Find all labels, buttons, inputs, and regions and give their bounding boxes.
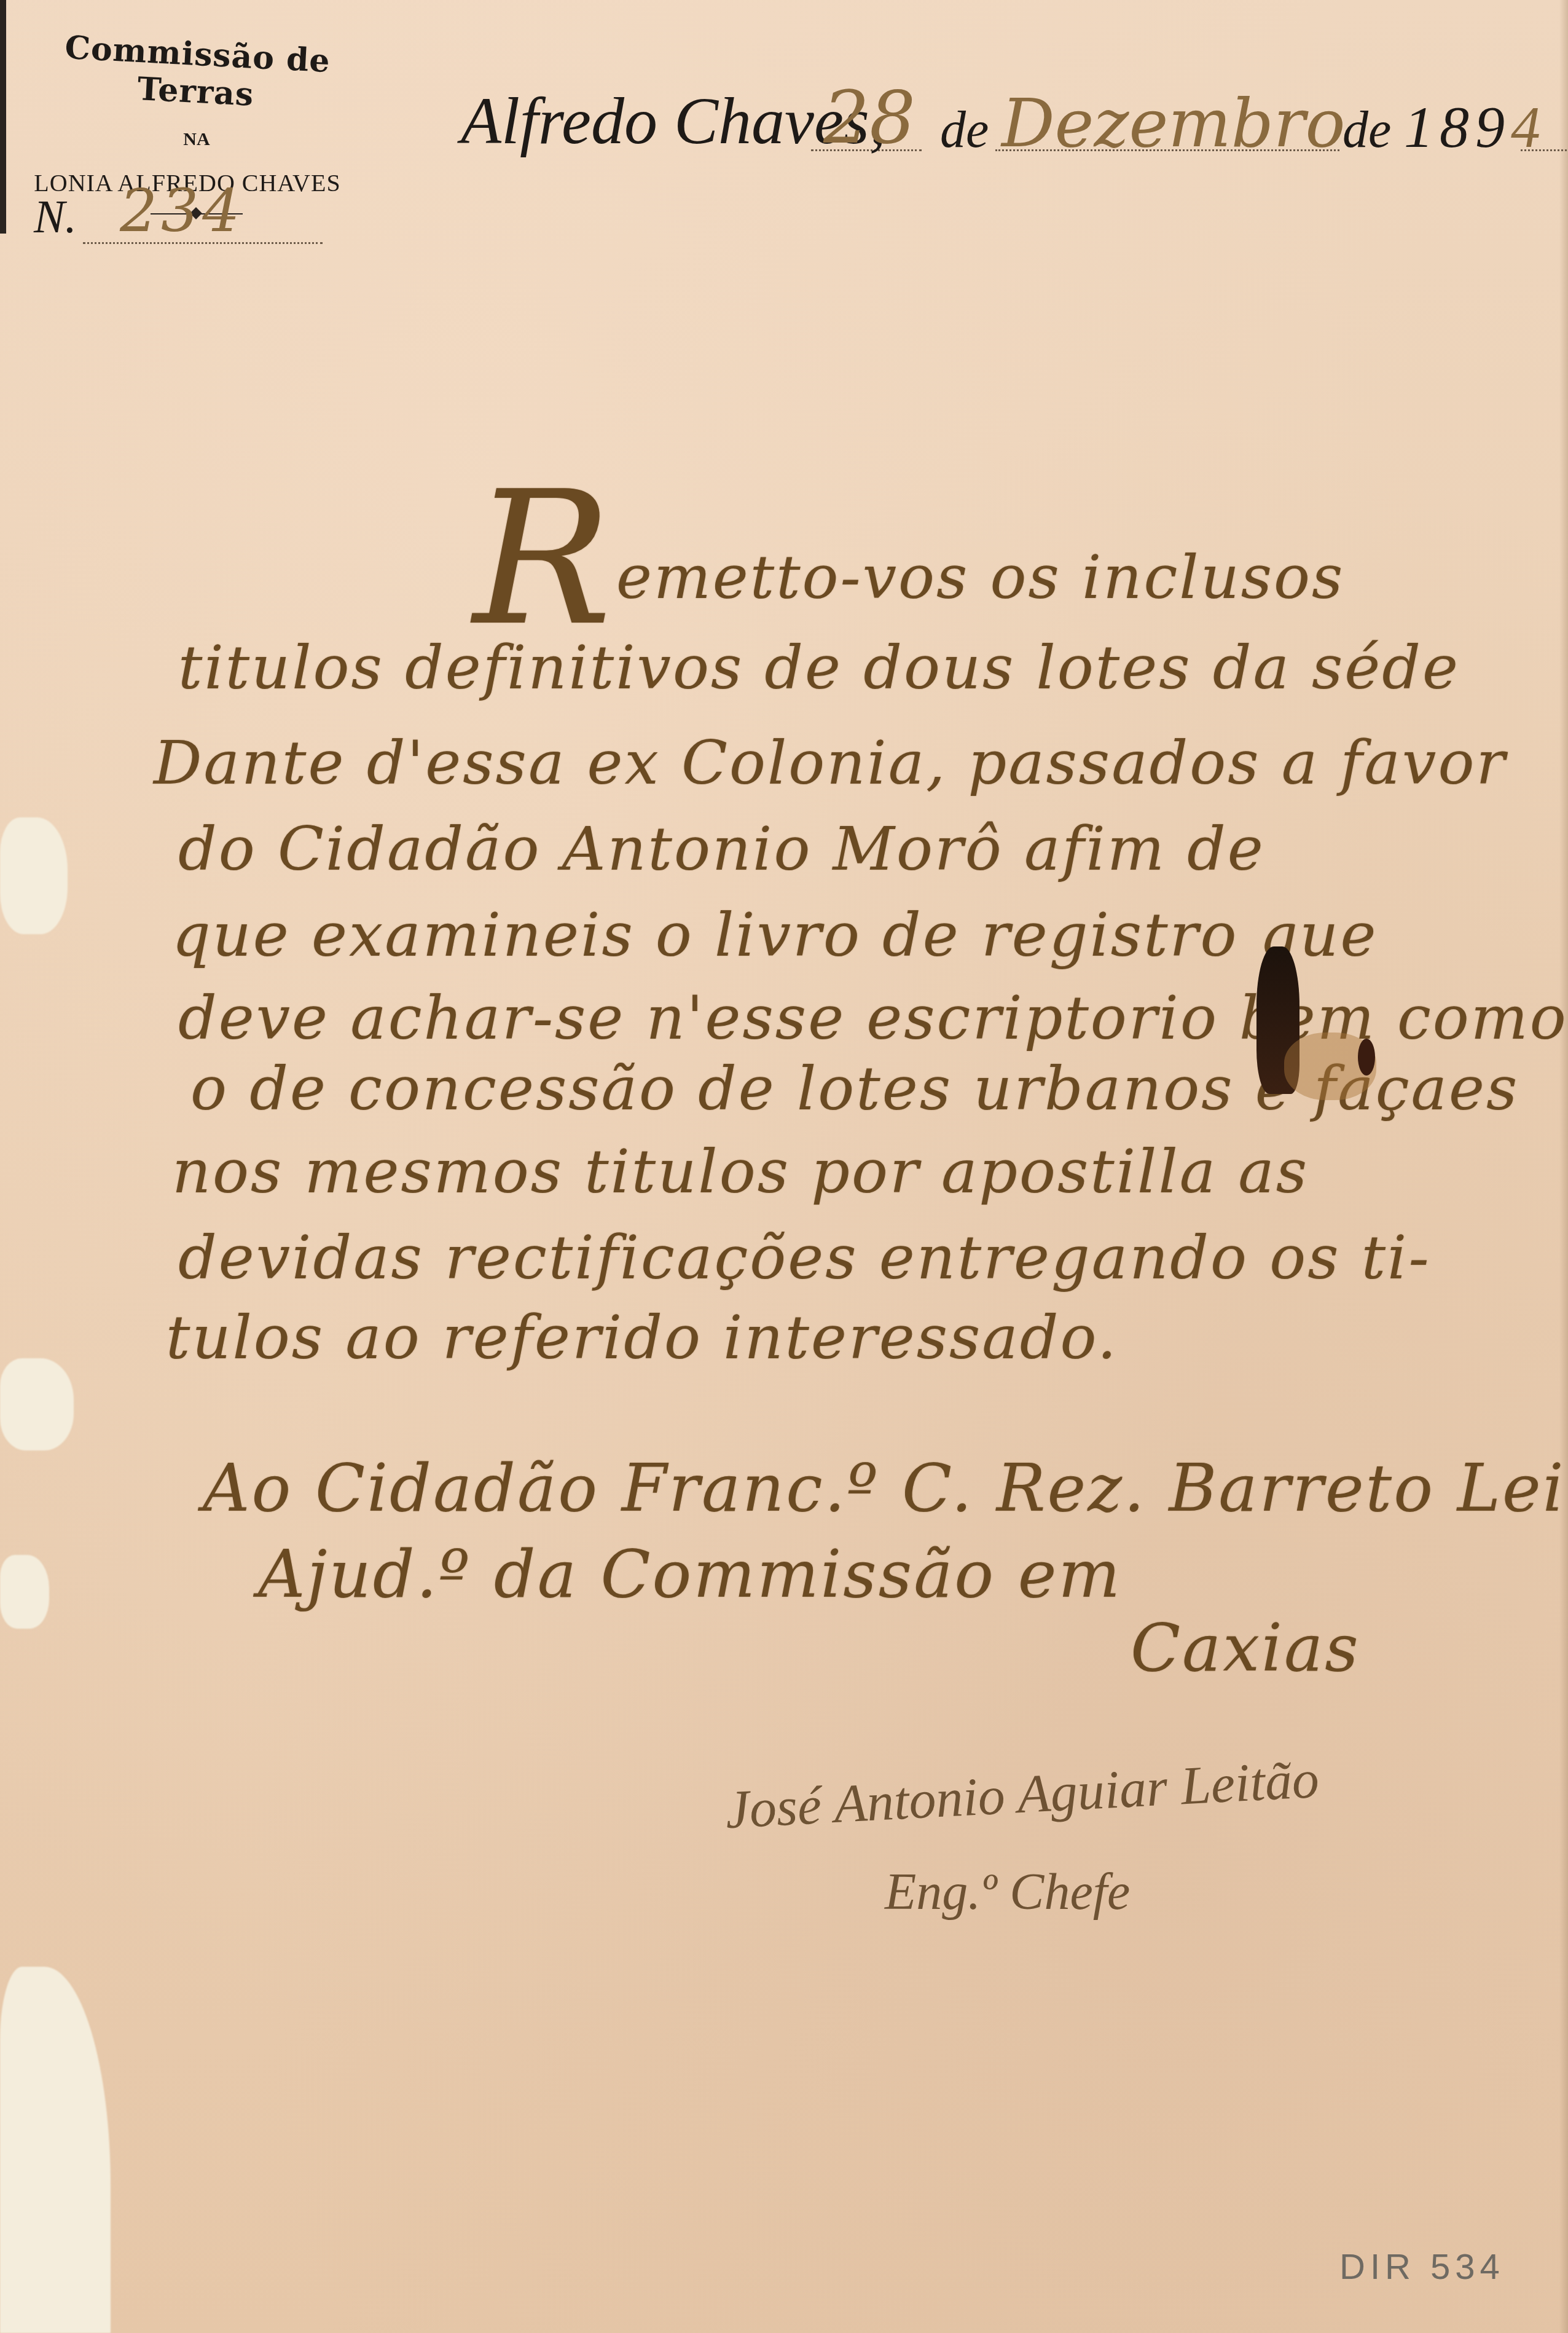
addressee-name: Ao Cidadão Franc.º C. Rez. Barreto Leite xyxy=(203,1450,1568,1526)
dateline: Alfredo Chaves, 28 de Dezembro de 1894 xyxy=(461,43,1499,166)
year-handwritten-digit: 4 xyxy=(1511,94,1546,160)
paper-damage-patch xyxy=(0,817,68,934)
dateline-place: Alfredo Chaves, xyxy=(461,84,886,160)
body-line: que examineis o livro de registro que xyxy=(172,900,1378,970)
paper-damage-patch xyxy=(0,1555,49,1629)
number-value: 234 xyxy=(120,176,243,245)
dateline-day: 28 xyxy=(823,75,915,160)
number-prefix: N. xyxy=(34,191,77,244)
scan-edge xyxy=(0,0,6,234)
dateline-de: de xyxy=(940,100,989,160)
dateline-month: Dezembro xyxy=(1002,85,1346,162)
paper-damage-patch xyxy=(0,1967,111,2333)
body-line: devidas rectificações entregando os ti- xyxy=(178,1223,1431,1293)
body-line: tulos ao referido interessado. xyxy=(166,1303,1118,1373)
dateline-year: 1894 xyxy=(1404,93,1546,161)
body-line: Remetto-vos os inclusos xyxy=(473,535,1344,613)
body-line: do Cidadão Antonio Morô afim de xyxy=(178,814,1265,884)
archive-reference: DIR 534 xyxy=(1339,2246,1505,2288)
document-page: Commissão de Terras NA LONIA ALFREDO CHA… xyxy=(0,0,1568,2333)
dateline-de: de xyxy=(1343,100,1391,160)
signature-title: Eng.º Chefe xyxy=(885,1862,1130,1922)
addressee-role: Ajud.º da Commissão em xyxy=(258,1536,1122,1612)
document-number: N. 234 xyxy=(34,200,323,249)
year-printed: 189 xyxy=(1404,94,1511,160)
body-line: titulos definitivos de dous lotes da séd… xyxy=(178,633,1460,703)
body-line: nos mesmos titulos por apostilla as xyxy=(172,1137,1309,1207)
paper-edge-shadow xyxy=(1559,0,1568,2333)
signature-name: José Antonio Aguiar Leitão xyxy=(724,1749,1320,1841)
ink-stain xyxy=(1358,1039,1375,1076)
addressee-location: Caxias xyxy=(1131,1610,1360,1686)
letterhead-na: NA xyxy=(25,129,369,150)
letterhead-commission: Commissão de Terras xyxy=(23,26,370,119)
paper-damage-patch xyxy=(0,1358,74,1450)
body-line: Dante d'essa ex Colonia, passados a favo… xyxy=(154,728,1507,798)
